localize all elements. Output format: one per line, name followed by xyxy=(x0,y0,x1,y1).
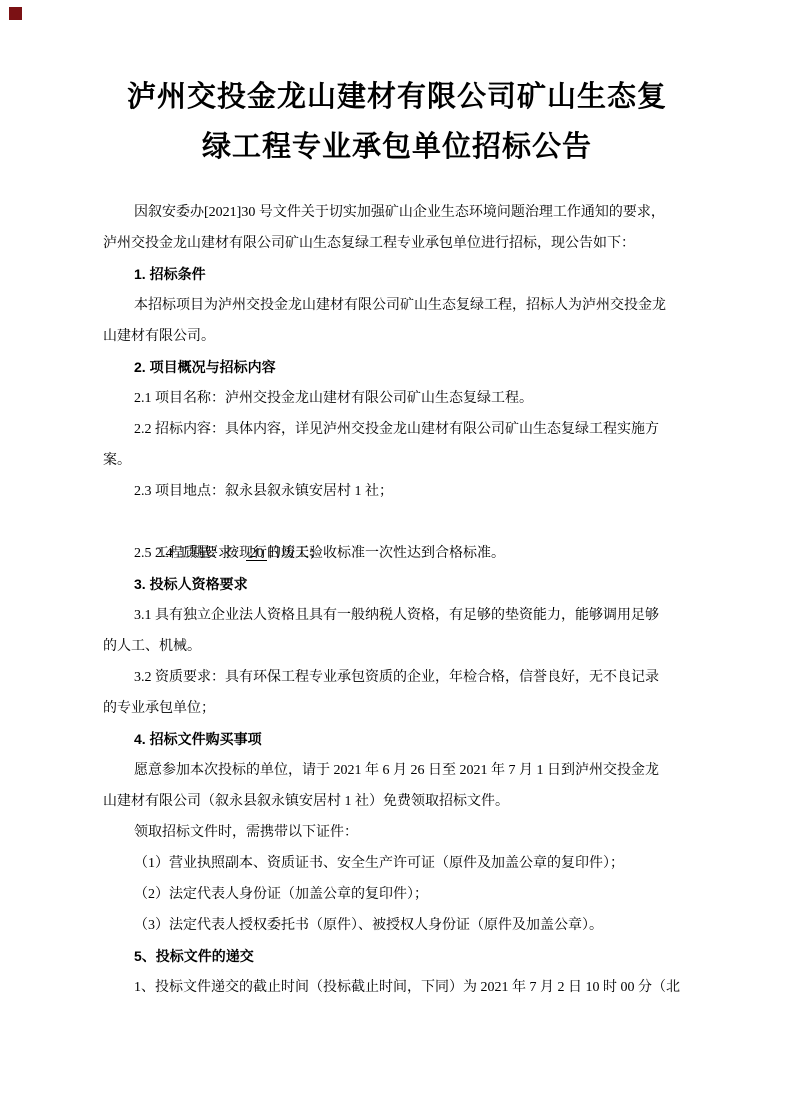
paragraph-line: 1、投标文件递交的截止时间（投标截止时间，下同）为 2021 年 7 月 2 日… xyxy=(103,972,763,1003)
paragraph-line: 山建材有限公司（叙永县叙永镇安居村 1 社）免费领取招标文件。 xyxy=(103,786,763,817)
section-heading-5: 5、投标文件的递交 xyxy=(103,941,763,972)
paragraph-line: 泸州交投金龙山建材有限公司矿山生态复绿工程专业承包单位进行招标，现公告如下： xyxy=(103,228,763,259)
paragraph-line: 2.2 招标内容：具体内容，详见泸州交投金龙山建材有限公司矿山生态复绿工程实施方 xyxy=(103,414,763,445)
paragraph-line: （1）营业执照副本、资质证书、安全生产许可证（原件及加盖公章的复印件）； xyxy=(103,848,763,879)
title-line-2: 绿工程专业承包单位招标公告 xyxy=(0,122,794,172)
paragraph-line: 的人工、机械。 xyxy=(103,631,763,662)
paragraph-line: （3）法定代表人授权委托书（原件）、被授权人身份证（原件及加盖公章）。 xyxy=(103,910,763,941)
paragraph-line: 本招标项目为泸州交投金龙山建材有限公司矿山生态复绿工程，招标人为泸州交投金龙 xyxy=(103,290,763,321)
section-heading-2: 2. 项目概况与招标内容 xyxy=(103,352,763,383)
section-heading-1: 1. 招标条件 xyxy=(103,259,763,290)
paragraph-line-duration: 2.4 工期要求： 20 日历天； xyxy=(103,507,763,538)
paragraph-line: 3.1 具有独立企业法人资格且具有一般纳税人资格，有足够的垫资能力，能够调用足够 xyxy=(103,600,763,631)
paragraph-line: （2）法定代表人身份证（加盖公章的复印件）； xyxy=(103,879,763,910)
paragraph-line: 山建材有限公司。 xyxy=(103,321,763,352)
document-body: 因叙安委办[2021]30 号文件关于切实加强矿山企业生态环境问题治理工作通知的… xyxy=(103,197,763,1003)
paragraph-line: 愿意参加本次投标的单位，请于 2021 年 6 月 26 日至 2021 年 7… xyxy=(103,755,763,786)
paragraph-line: 3.2 资质要求：具有环保工程专业承包资质的企业，年检合格，信誉良好，无不良记录 xyxy=(103,662,763,693)
paragraph-line: 2.3 项目地点：叙永县叙永镇安居村 1 社； xyxy=(103,476,763,507)
document-page: 泸州交投金龙山建材有限公司矿山生态复 绿工程专业承包单位招标公告 因叙安委办[2… xyxy=(0,0,794,1108)
section-heading-4: 4. 招标文件购买事项 xyxy=(103,724,763,755)
section-heading-3: 3. 投标人资格要求 xyxy=(103,569,763,600)
paragraph-line: 案。 xyxy=(103,445,763,476)
page-corner-mark xyxy=(9,7,22,20)
title-line-1: 泸州交投金龙山建材有限公司矿山生态复 xyxy=(0,72,794,122)
paragraph-line: 的专业承包单位； xyxy=(103,693,763,724)
paragraph-line: 2.5 工程质量：按现行的竣工验收标准一次性达到合格标准。 xyxy=(103,538,763,569)
paragraph-line: 领取招标文件时，需携带以下证件： xyxy=(103,817,763,848)
document-title: 泸州交投金龙山建材有限公司矿山生态复 绿工程专业承包单位招标公告 xyxy=(0,72,794,172)
paragraph-line: 因叙安委办[2021]30 号文件关于切实加强矿山企业生态环境问题治理工作通知的… xyxy=(103,197,763,228)
paragraph-line: 2.1 项目名称：泸州交投金龙山建材有限公司矿山生态复绿工程。 xyxy=(103,383,763,414)
